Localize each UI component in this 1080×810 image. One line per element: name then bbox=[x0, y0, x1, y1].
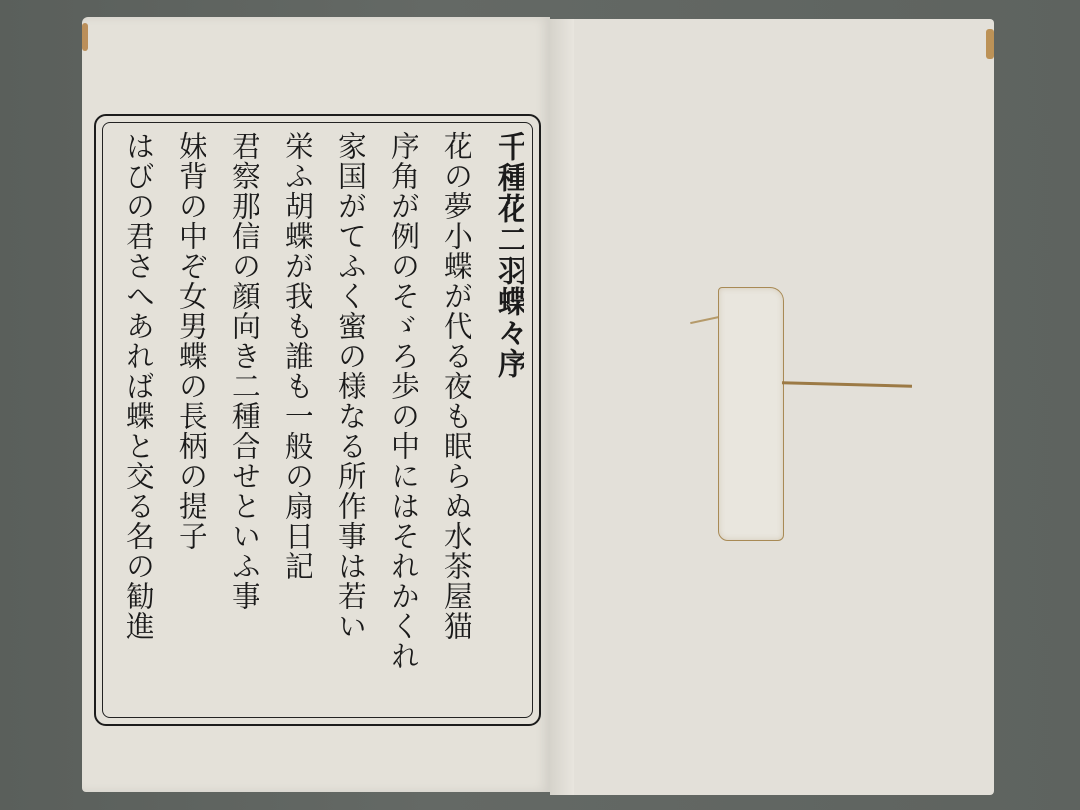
preface-title: 千種花二羽蝶々序 bbox=[484, 131, 524, 709]
paper-tear bbox=[690, 316, 720, 324]
text-column: 家国がてふく蜜の様なる所作事は若い bbox=[325, 131, 365, 709]
text-columns: 千種花二羽蝶々序 花の夢小蝶が代る夜も眠らぬ水茶屋猫 序角が例のそゞろ歩の中には… bbox=[113, 131, 524, 709]
text-column: 君察那信の顔向き二種合せといふ事 bbox=[219, 131, 259, 709]
text-frame-inner: 千種花二羽蝶々序 花の夢小蝶が代る夜も眠らぬ水茶屋猫 序角が例のそゞろ歩の中には… bbox=[102, 122, 533, 718]
page-fold bbox=[550, 19, 574, 795]
corner-stain bbox=[986, 29, 994, 59]
text-column: 栄ふ胡蝶が我も誰も一般の扇日記 bbox=[272, 131, 312, 709]
paper-tear bbox=[782, 381, 912, 387]
open-book: 千種花二羽蝶々序 花の夢小蝶が代る夜も眠らぬ水茶屋猫 序角が例のそゞろ歩の中には… bbox=[82, 17, 996, 797]
text-frame: 千種花二羽蝶々序 花の夢小蝶が代る夜も眠らぬ水茶屋猫 序角が例のそゞろ歩の中には… bbox=[94, 114, 541, 726]
right-page bbox=[550, 19, 994, 795]
corner-stain bbox=[82, 23, 88, 51]
torn-patch bbox=[718, 287, 784, 541]
text-column: はびの君さへあれば蝶と交る名の勧進 bbox=[113, 131, 153, 709]
text-column: 序角が例のそゞろ歩の中にはそれかくれ bbox=[378, 131, 418, 709]
left-page: 千種花二羽蝶々序 花の夢小蝶が代る夜も眠らぬ水茶屋猫 序角が例のそゞろ歩の中には… bbox=[82, 17, 550, 792]
text-column: 妹背の中ぞ女男蝶の長柄の提子 bbox=[166, 131, 206, 709]
text-column: 花の夢小蝶が代る夜も眠らぬ水茶屋猫 bbox=[431, 131, 471, 709]
